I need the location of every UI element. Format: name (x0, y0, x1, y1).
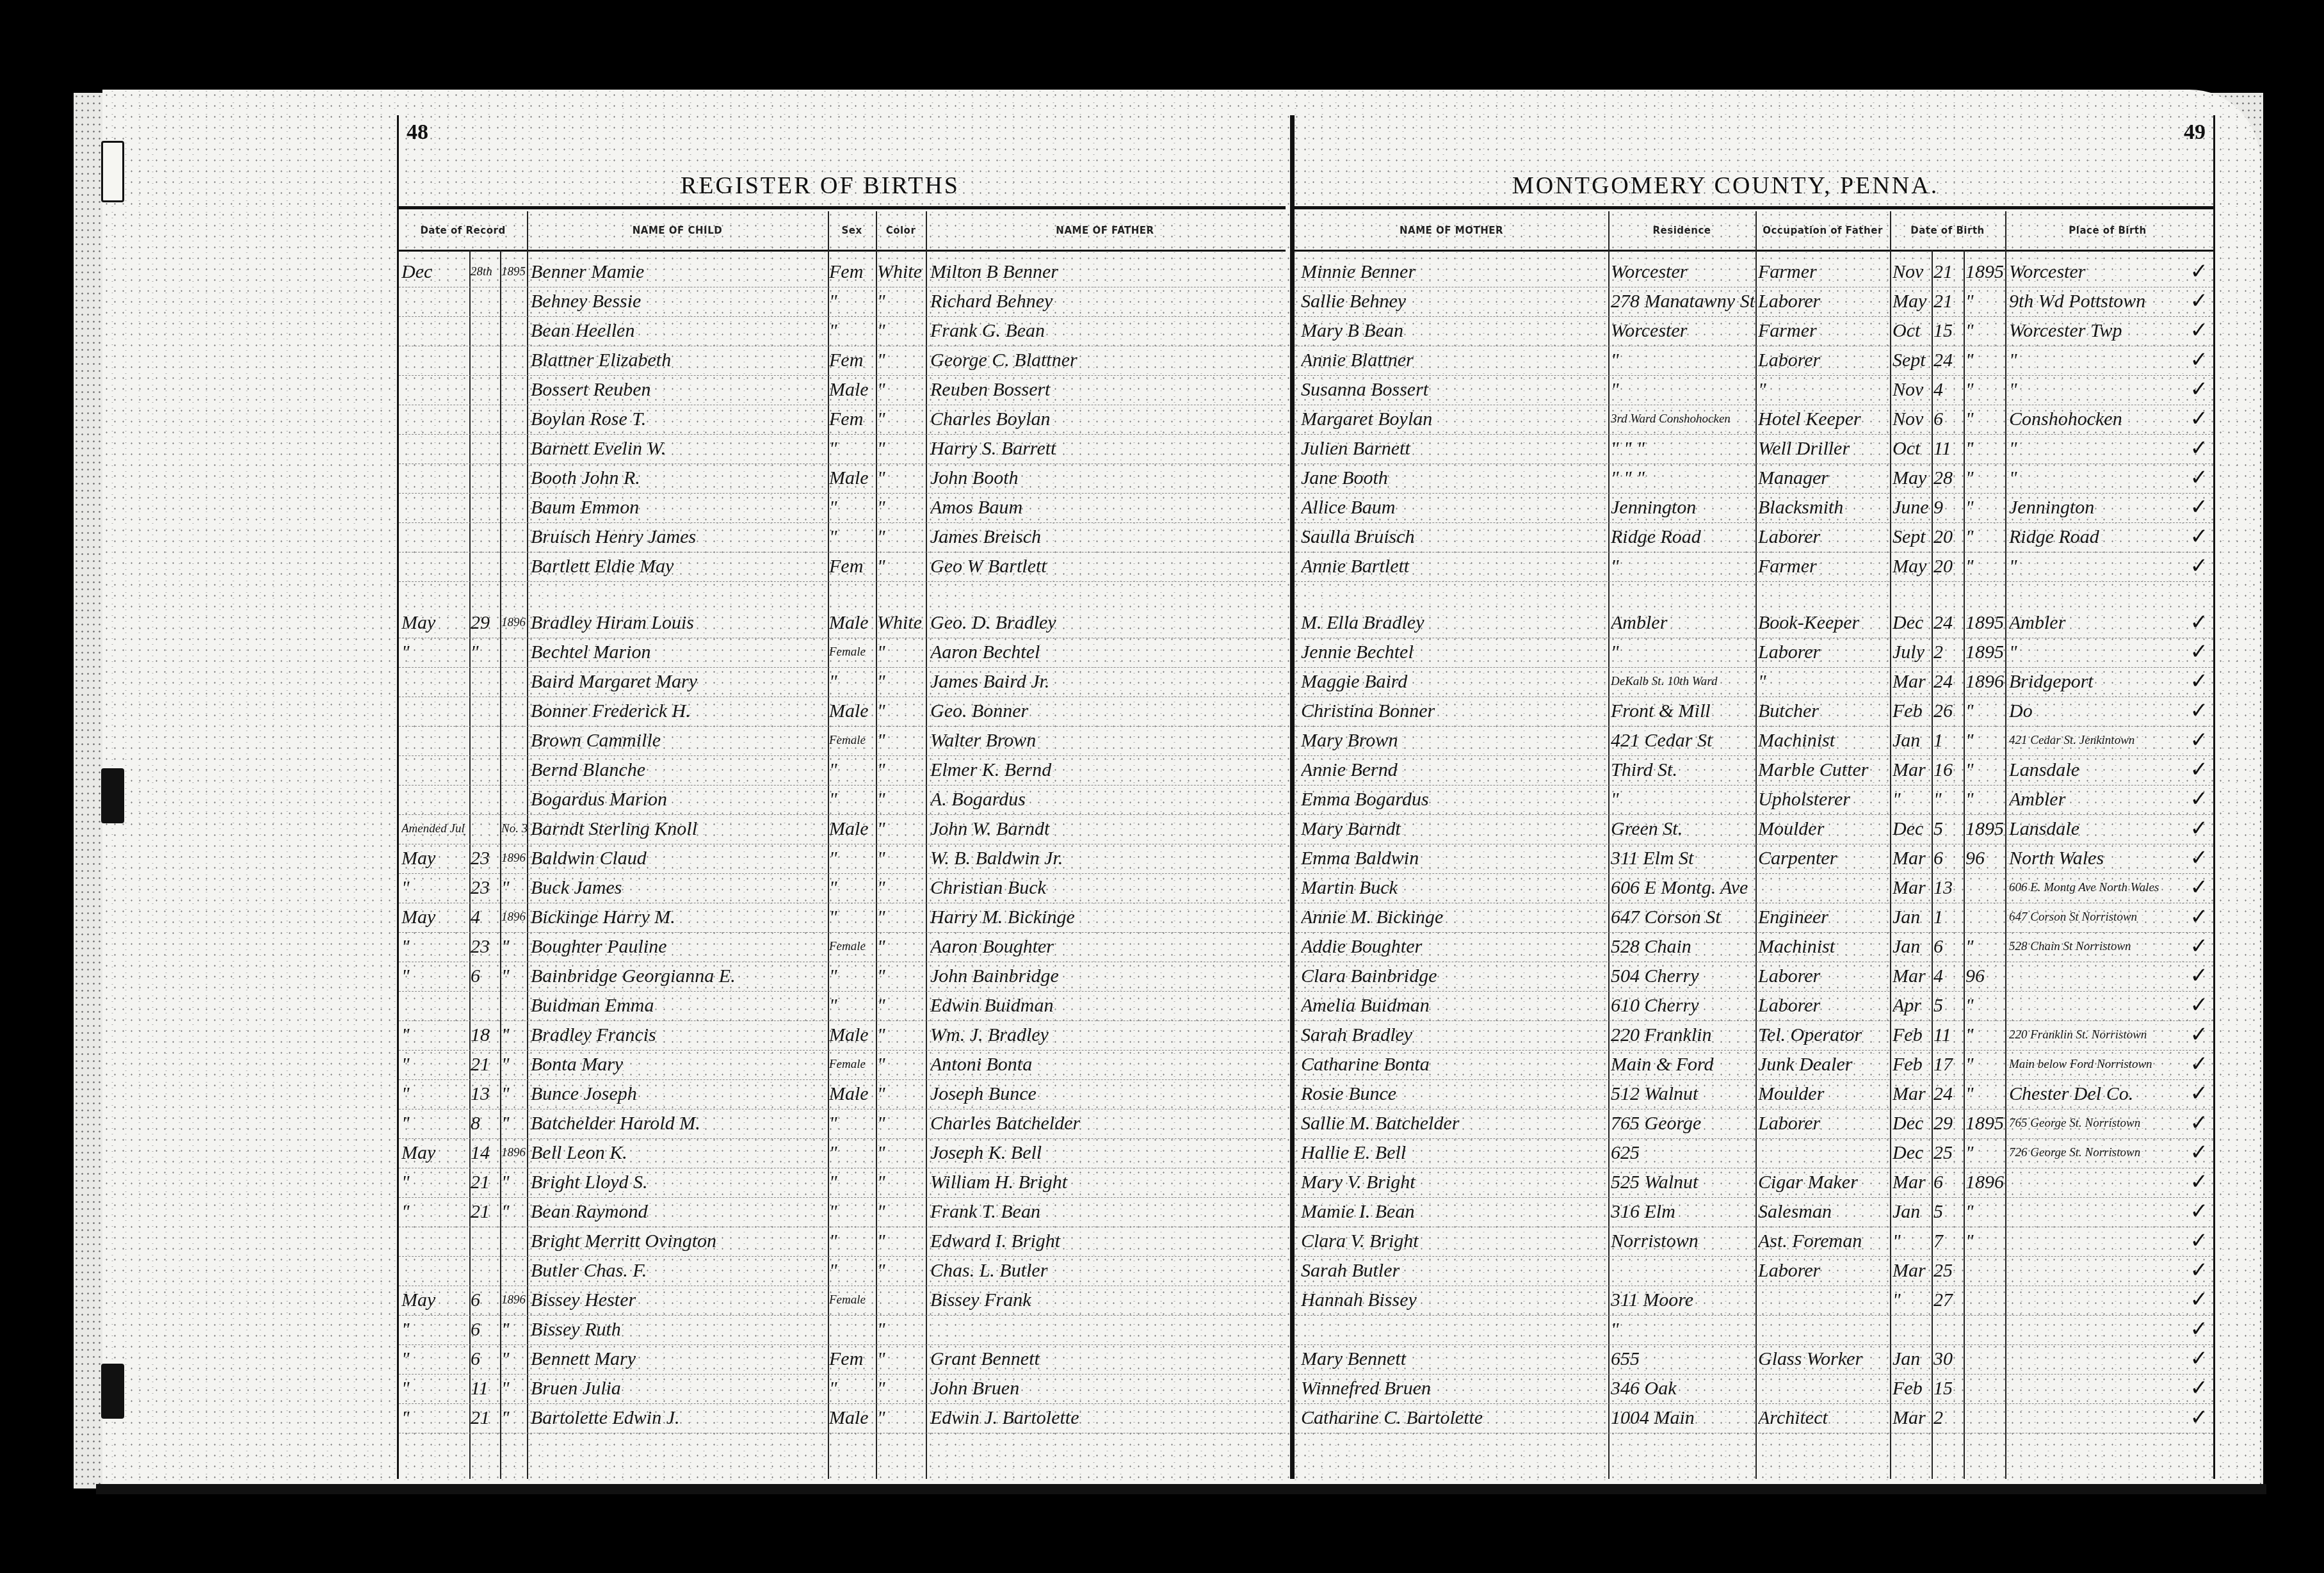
birth-year: " (1965, 316, 2005, 346)
right-page: 49 MONTGOMERY COUNTY, PENNA. NAME OF MOT… (1290, 115, 2215, 1479)
father-occupation: " (1758, 667, 1889, 697)
record-day: 13 (471, 1079, 499, 1109)
register-row: Christina BonnerFront & MillButcherFeb26… (1295, 697, 2213, 727)
father-name: Grant Bennett (930, 1344, 1282, 1374)
sex: " (829, 962, 875, 991)
color: " (877, 346, 925, 375)
record-day: 21 (471, 1050, 499, 1079)
record-month (401, 287, 465, 316)
birth-year: " (1965, 697, 2005, 726)
father-occupation: Laborer (1758, 962, 1889, 991)
checkmark-icon: ✓ (2190, 1081, 2209, 1106)
record-day: 6 (471, 1344, 499, 1374)
place-of-birth (2009, 1315, 2182, 1344)
record-year (501, 726, 527, 755)
register-row: "6"Bennett MaryFem"Grant Bennett (399, 1344, 1286, 1375)
sex: Fem (829, 257, 875, 287)
color: " (877, 991, 925, 1020)
place-of-birth (2009, 1374, 2182, 1403)
record-day: 23 (471, 844, 499, 873)
record-year: No. 3845 (501, 814, 527, 844)
checkmark-icon: ✓ (2190, 288, 2209, 314)
mother-name: Annie Blattner (1301, 346, 1607, 375)
record-month: " (401, 638, 465, 667)
child-name: Bogardus Marion (531, 785, 827, 814)
record-day: 11 (471, 1374, 499, 1403)
sex: Fem (829, 1344, 875, 1374)
birth-year: 1895 (1965, 608, 2005, 638)
register-row: Bean Heellen""Frank G. Bean (399, 316, 1286, 346)
record-year (501, 785, 527, 814)
record-day (471, 464, 499, 493)
father-occupation: Farmer (1758, 316, 1889, 346)
color: " (877, 434, 925, 464)
birth-year: " (1965, 1138, 2005, 1168)
birth-year: " (1965, 726, 2005, 755)
record-year (501, 464, 527, 493)
record-day: 29 (471, 608, 499, 638)
father-occupation: Laborer (1758, 346, 1889, 375)
birth-year: " (1965, 287, 2005, 316)
checkmark-icon: ✓ (2190, 347, 2209, 373)
birth-day: 24 (1933, 346, 1963, 375)
register-row: Emma Bogardus"Upholsterer"""Ambler✓ (1295, 785, 2213, 815)
record-day: 23 (471, 932, 499, 962)
father-name: Wm. J. Bradley (930, 1020, 1282, 1050)
record-month: " (401, 1374, 465, 1403)
child-name: Bright Merritt Ovington (531, 1227, 827, 1256)
father-name: Charles Boylan (930, 405, 1282, 434)
residence: 528 Chain (1611, 932, 1754, 962)
record-month: " (401, 1344, 465, 1374)
residence: 278 Manatawny St (1611, 287, 1754, 316)
birth-day: 7 (1933, 1227, 1963, 1256)
father-name: Milton B Benner (930, 257, 1282, 287)
color: " (877, 1374, 925, 1403)
residence: Worcester (1611, 316, 1754, 346)
child-name: Bernd Blanche (531, 755, 827, 785)
index-tab-top (101, 141, 124, 202)
residence: " (1611, 785, 1754, 814)
birth-day: 2 (1933, 1403, 1963, 1433)
register-row: "6"Bainbridge Georgianna E.""John Bainbr… (399, 962, 1286, 992)
father-occupation (1758, 1315, 1889, 1344)
index-tab-middle (101, 768, 124, 823)
sex: Female (829, 1050, 875, 1079)
birth-year: 1895 (1965, 638, 2005, 667)
birth-year (1965, 1344, 2005, 1374)
col-header-sex: Sex (828, 211, 876, 250)
checkmark-icon: ✓ (2190, 904, 2209, 930)
place-of-birth: 421 Cedar St. Jenkintown (2009, 726, 2182, 755)
father-occupation: Farmer (1758, 257, 1889, 287)
register-row: Mary B BeanWorcesterFarmerOct15"Worceste… (1295, 316, 2213, 346)
register-row: Booth John R.Male"John Booth (399, 464, 1286, 494)
birth-year (1965, 1374, 2005, 1403)
record-year: " (501, 962, 527, 991)
place-of-birth: " (2009, 638, 2182, 667)
record-day (471, 287, 499, 316)
register-row: Jennie Bechtel"LaborerJuly21895"✓ (1295, 638, 2213, 668)
father-name: Amos Baum (930, 493, 1282, 522)
birth-day: 15 (1933, 1374, 1963, 1403)
register-row: "11"Bruen Julia""John Bruen (399, 1374, 1286, 1404)
birth-year (1965, 1403, 2005, 1433)
record-month: May (401, 1138, 465, 1168)
birth-month: " (1892, 785, 1931, 814)
place-of-birth: 9th Wd Pottstown (2009, 287, 2182, 316)
birth-year: 1896 (1965, 1168, 2005, 1197)
checkmark-icon: ✓ (2190, 845, 2209, 871)
mother-name: Sallie M. Batchelder (1301, 1109, 1607, 1138)
record-year (501, 375, 527, 405)
residence: DeKalb St. 10th Ward (1611, 667, 1754, 697)
record-year: " (501, 1344, 527, 1374)
birth-day: 15 (1933, 316, 1963, 346)
sex: Male (829, 608, 875, 638)
sex: " (829, 1138, 875, 1168)
color: " (877, 932, 925, 962)
birth-day: 6 (1933, 1168, 1963, 1197)
place-of-birth: Main below Ford Norristown (2009, 1050, 2182, 1079)
record-day: 6 (471, 962, 499, 991)
record-year: 1896 (501, 1286, 527, 1315)
register-row: May41896Bickinge Harry M.""Harry M. Bick… (399, 903, 1286, 933)
register-row: Sarah Bradley220 FranklinTel. OperatorFe… (1295, 1020, 2213, 1051)
record-day: 23 (471, 873, 499, 903)
residence: 606 E Montg. Ave (1611, 873, 1754, 903)
record-month: " (401, 1050, 465, 1079)
father-occupation (1758, 1374, 1889, 1403)
sex: " (829, 1227, 875, 1256)
checkmark-icon: ✓ (2190, 1405, 2209, 1430)
mother-name: Jane Booth (1301, 464, 1607, 493)
checkmark-icon: ✓ (2190, 553, 2209, 579)
mother-name: Mary B Bean (1301, 316, 1607, 346)
record-month (401, 522, 465, 552)
residence: 220 Franklin (1611, 1020, 1754, 1050)
register-row: Addie Boughter528 ChainMachinistJan6"528… (1295, 932, 2213, 962)
register-row: May61896Bissey HesterFemaleBissey Frank (399, 1286, 1286, 1316)
record-day: 6 (471, 1286, 499, 1315)
place-of-birth: " (2009, 375, 2182, 405)
register-row: Mary Bennett655Glass WorkerJan30✓ (1295, 1344, 2213, 1375)
child-name: Baldwin Claud (531, 844, 827, 873)
record-day (471, 814, 499, 844)
residence: 311 Elm St (1611, 844, 1754, 873)
birth-month: Apr (1892, 991, 1931, 1020)
birth-month: Feb (1892, 1374, 1931, 1403)
father-name: Reuben Bossert (930, 375, 1282, 405)
record-day (471, 434, 499, 464)
birth-month: Mar (1892, 1168, 1931, 1197)
father-name: John Booth (930, 464, 1282, 493)
record-month (401, 375, 465, 405)
record-year (501, 493, 527, 522)
father-occupation: Cigar Maker (1758, 1168, 1889, 1197)
father-name: Richard Behney (930, 287, 1282, 316)
sex: Female (829, 1286, 875, 1315)
birth-year (1965, 873, 2005, 903)
record-day (471, 726, 499, 755)
checkmark-icon: ✓ (2190, 757, 2209, 782)
birth-day: 24 (1933, 667, 1963, 697)
sex: Fem (829, 346, 875, 375)
checkmark-icon: ✓ (2190, 1140, 2209, 1165)
father-name: Chas. L. Butler (930, 1256, 1282, 1286)
birth-day: 5 (1933, 1197, 1963, 1227)
record-day: 18 (471, 1020, 499, 1050)
color: " (877, 873, 925, 903)
header-rule (1295, 206, 2213, 209)
record-day: " (471, 638, 499, 667)
register-row: Hannah Bissey311 Moore"27✓ (1295, 1286, 2213, 1316)
checkmark-icon: ✓ (2190, 376, 2209, 402)
register-row: Behney Bessie""Richard Behney (399, 287, 1286, 317)
record-month: " (401, 932, 465, 962)
birth-month: Sept (1892, 522, 1931, 552)
record-month: May (401, 903, 465, 932)
residence: 765 George (1611, 1109, 1754, 1138)
mother-name: Sarah Butler (1301, 1256, 1607, 1286)
record-year: " (501, 1315, 527, 1344)
birth-year: " (1965, 932, 2005, 962)
birth-year: 96 (1965, 844, 2005, 873)
birth-day: 24 (1933, 608, 1963, 638)
child-name: Barndt Sterling Knoll (531, 814, 827, 844)
page-number-right: 49 (2184, 120, 2206, 145)
birth-year: " (1965, 434, 2005, 464)
register-row: "21"Bean Raymond""Frank T. Bean (399, 1197, 1286, 1227)
col-header-name-of-child: NAME OF CHILD (527, 211, 828, 250)
birth-day: 4 (1933, 375, 1963, 405)
birth-day: " (1933, 785, 1963, 814)
record-month: May (401, 608, 465, 638)
father-name: Harry S. Barrett (930, 434, 1282, 464)
register-row: Annie BerndThird St.Marble CutterMar16"L… (1295, 755, 2213, 786)
child-name: Bruen Julia (531, 1374, 827, 1403)
mother-name: Annie M. Bickinge (1301, 903, 1607, 932)
color: " (877, 1197, 925, 1227)
father-name: Elmer K. Bernd (930, 755, 1282, 785)
place-of-birth: 726 George St. Norristown (2009, 1138, 2182, 1168)
residence: Norristown (1611, 1227, 1754, 1256)
color: " (877, 1109, 925, 1138)
residence: 512 Walnut (1611, 1079, 1754, 1109)
birth-year: 1895 (1965, 257, 2005, 287)
mother-name: M. Ella Bradley (1301, 608, 1607, 638)
sex: Male (829, 464, 875, 493)
mother-name: Martin Buck (1301, 873, 1607, 903)
father-occupation: Marble Cutter (1758, 755, 1889, 785)
birth-year: " (1965, 493, 2005, 522)
record-year (501, 316, 527, 346)
record-year: " (501, 1020, 527, 1050)
father-occupation: Book-Keeper (1758, 608, 1889, 638)
record-year: 1896 (501, 844, 527, 873)
register-row: Hallie E. Bell625Dec25"726 George St. No… (1295, 1138, 2213, 1168)
mother-name: Julien Barnett (1301, 434, 1607, 464)
register-row: Amelia Buidman610 CherryLaborerApr5"✓ (1295, 991, 2213, 1021)
checkmark-icon: ✓ (2190, 259, 2209, 284)
left-page: 48 REGISTER OF BIRTHS Date of Record NAM… (397, 115, 1286, 1479)
place-of-birth (2009, 991, 2182, 1020)
birth-month: Nov (1892, 257, 1931, 287)
child-name: Bonta Mary (531, 1050, 827, 1079)
record-day (471, 316, 499, 346)
checkmark-icon: ✓ (2190, 816, 2209, 841)
color: " (877, 1138, 925, 1168)
checkmark-icon: ✓ (2190, 465, 2209, 490)
place-of-birth (2009, 1344, 2182, 1374)
checkmark-icon: ✓ (2190, 1375, 2209, 1401)
color: " (877, 903, 925, 932)
residence: 610 Cherry (1611, 991, 1754, 1020)
record-month: " (401, 1168, 465, 1197)
color: " (877, 316, 925, 346)
color: " (877, 287, 925, 316)
record-month (401, 493, 465, 522)
birth-month: Feb (1892, 1020, 1931, 1050)
color: " (877, 1256, 925, 1286)
register-row: Margaret Boylan3rd Ward ConshohockenHote… (1295, 405, 2213, 435)
residence: Main & Ford (1611, 1050, 1754, 1079)
color: " (877, 405, 925, 434)
father-name: Antoni Bonta (930, 1050, 1282, 1079)
record-month (401, 405, 465, 434)
child-name: Bissey Ruth (531, 1315, 827, 1344)
sex: Female (829, 726, 875, 755)
residence: 625 (1611, 1138, 1754, 1168)
record-year (501, 755, 527, 785)
register-row: Bonner Frederick H.Male"Geo. Bonner (399, 697, 1286, 727)
father-name: John Bainbridge (930, 962, 1282, 991)
register-row: "23"Buck James""Christian Buck (399, 873, 1286, 903)
register-row: May291896Bradley Hiram LouisMaleWhiteGeo… (399, 608, 1286, 638)
birth-month: Feb (1892, 697, 1931, 726)
birth-year: " (1965, 1079, 2005, 1109)
register-row: "21"Bartolette Edwin J.Male"Edwin J. Bar… (399, 1403, 1286, 1433)
birth-year: 1895 (1965, 1109, 2005, 1138)
residence: 647 Corson St (1611, 903, 1754, 932)
birth-day: 5 (1933, 814, 1963, 844)
record-year (501, 434, 527, 464)
register-row: Mary V. Bright525 WalnutCigar MakerMar61… (1295, 1168, 2213, 1198)
record-month: Dec (401, 257, 465, 287)
book-binding-edge (96, 1484, 2266, 1494)
child-name: Bonner Frederick H. (531, 697, 827, 726)
mother-name: Addie Boughter (1301, 932, 1607, 962)
color: " (877, 1403, 925, 1433)
residence: " (1611, 638, 1754, 667)
child-name: Bechtel Marion (531, 638, 827, 667)
register-row: Mamie I. Bean316 ElmSalesmanJan5"✓ (1295, 1197, 2213, 1227)
color: " (877, 726, 925, 755)
residence: 655 (1611, 1344, 1754, 1374)
register-row: Annie M. Bickinge647 Corson StEngineerJa… (1295, 903, 2213, 933)
father-occupation: Blacksmith (1758, 493, 1889, 522)
residence: 504 Cherry (1611, 962, 1754, 991)
place-of-birth (2009, 1403, 2182, 1433)
color: " (877, 667, 925, 697)
father-name: Christian Buck (930, 873, 1282, 903)
register-row: Winnefred Bruen346 OakFeb15✓ (1295, 1374, 2213, 1404)
father-occupation: Carpenter (1758, 844, 1889, 873)
birth-year: 1895 (1965, 814, 2005, 844)
color: " (877, 785, 925, 814)
father-name: Charles Batchelder (930, 1109, 1282, 1138)
residence: Jennington (1611, 493, 1754, 522)
sex: " (829, 1256, 875, 1286)
birth-day: 2 (1933, 638, 1963, 667)
birth-day: 11 (1933, 1020, 1963, 1050)
father-occupation (1758, 873, 1889, 903)
sex: " (829, 667, 875, 697)
birth-day: 20 (1933, 522, 1963, 552)
register-row: Annie Blattner"LaborerSept24""✓ (1295, 346, 2213, 376)
checkmark-icon: ✓ (2190, 1257, 2209, 1283)
birth-day: 21 (1933, 287, 1963, 316)
birth-year: " (1965, 1050, 2005, 1079)
birth-day: 25 (1933, 1256, 1963, 1286)
register-row: Sallie Behney278 Manatawny StLaborerMay2… (1295, 287, 2213, 317)
birth-month: Oct (1892, 316, 1931, 346)
color: " (877, 638, 925, 667)
father-name: Geo W Bartlett (930, 552, 1282, 581)
register-title: REGISTER OF BIRTHS (681, 172, 960, 200)
checkmark-icon: ✓ (2190, 1287, 2209, 1312)
child-name: Butler Chas. F. (531, 1256, 827, 1286)
record-day: 28th (471, 257, 499, 287)
child-name: Batchelder Harold M. (531, 1109, 827, 1138)
residence: 346 Oak (1611, 1374, 1754, 1403)
register-row: Blattner ElizabethFem"George C. Blattner (399, 346, 1286, 376)
birth-month: Mar (1892, 755, 1931, 785)
residence: Green St. (1611, 814, 1754, 844)
sex: " (829, 785, 875, 814)
record-day (471, 405, 499, 434)
register-row: "21"Bonta MaryFemale"Antoni Bonta (399, 1050, 1286, 1080)
father-occupation: Moulder (1758, 814, 1889, 844)
register-row: Mary BarndtGreen St.MoulderDec51895Lansd… (1295, 814, 2213, 844)
mother-name: Annie Bartlett (1301, 552, 1607, 581)
register-row: Martin Buck606 E Montg. AveMar13606 E. M… (1295, 873, 2213, 903)
birth-month: Dec (1892, 608, 1931, 638)
checkmark-icon: ✓ (2190, 435, 2209, 461)
birth-day: 6 (1933, 932, 1963, 962)
sex: Fem (829, 552, 875, 581)
record-year: " (501, 1050, 527, 1079)
father-name: Aaron Bechtel (930, 638, 1282, 667)
record-day (471, 346, 499, 375)
place-of-birth: 528 Chain St Norristown (2009, 932, 2182, 962)
checkmark-icon: ✓ (2190, 727, 2209, 753)
color: " (877, 464, 925, 493)
record-day: 8 (471, 1109, 499, 1138)
father-name: John W. Barndt (930, 814, 1282, 844)
record-day (471, 1227, 499, 1256)
checkmark-icon: ✓ (2190, 1051, 2209, 1077)
place-of-birth: 220 Franklin St. Norristown (2009, 1020, 2182, 1050)
father-occupation: Laborer (1758, 522, 1889, 552)
register-row: Mary Brown421 Cedar StMachinistJan1"421 … (1295, 726, 2213, 756)
residence: Worcester (1611, 257, 1754, 287)
page-number-left: 48 (407, 120, 428, 145)
birth-day: 25 (1933, 1138, 1963, 1168)
record-year (501, 346, 527, 375)
birth-month: Mar (1892, 1079, 1931, 1109)
record-day: 14 (471, 1138, 499, 1168)
